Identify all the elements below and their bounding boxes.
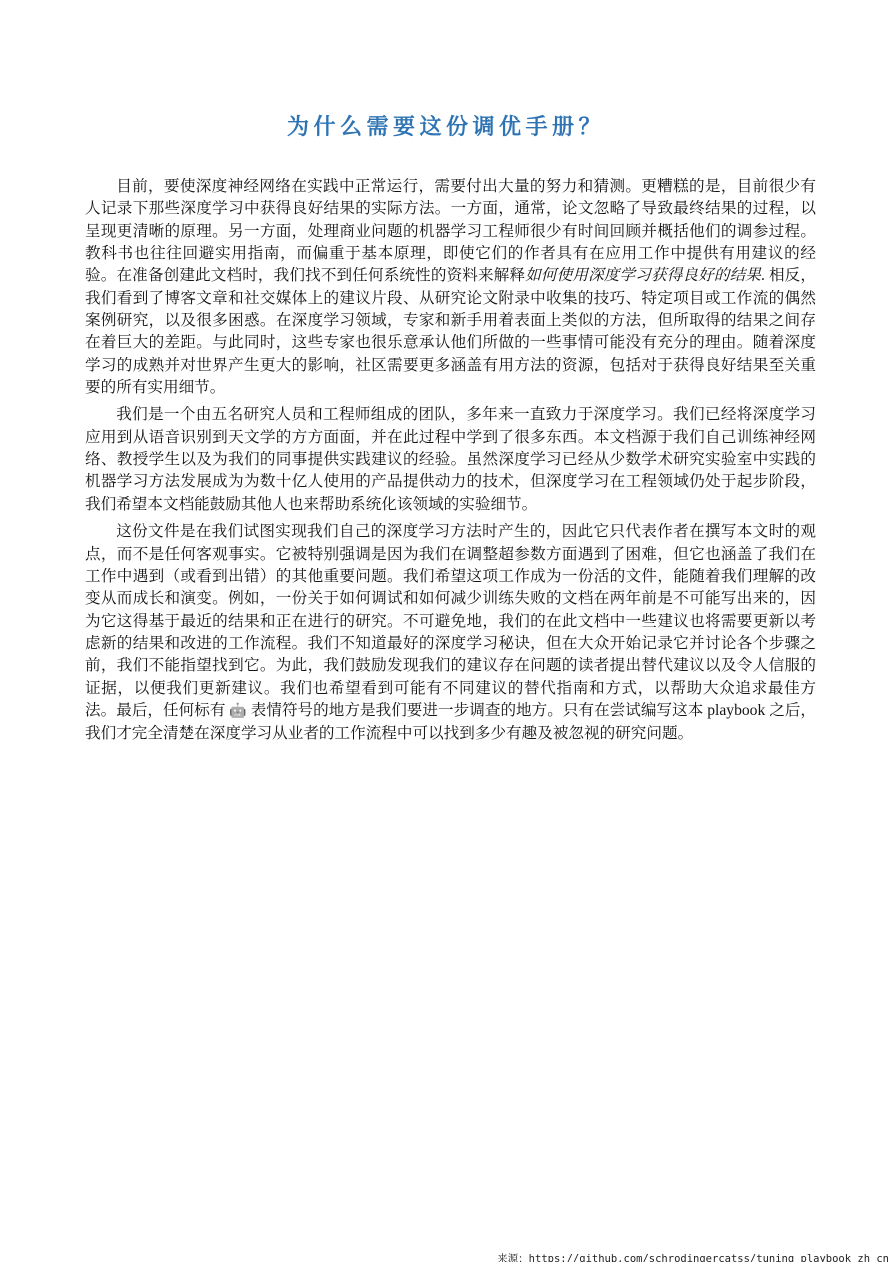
paragraph-3-text: 这份文件是在我们试图实现我们自己的深度学习方法时产生的，因此它只代表作者在撰写本… — [85, 523, 816, 719]
page-title: 为什么需要这份调优手册？ — [0, 110, 892, 141]
paragraph-3: 这份文件是在我们试图实现我们自己的深度学习方法时产生的，因此它只代表作者在撰写本… — [85, 521, 816, 745]
paragraph-2-text: 我们是一个由五名研究人员和工程师组成的团队，多年来一直致力于深度学习。我们已经将… — [85, 406, 816, 512]
paragraph-1-italic-phrase: 如何使用深度学习获得良好的结果 — [525, 267, 761, 284]
source-footer-url: https://github.com/schrodingercatss/tuni… — [529, 1253, 889, 1262]
paragraph-2: 我们是一个由五名研究人员和工程师组成的团队，多年来一直致力于深度学习。我们已经将… — [85, 404, 816, 516]
source-footer-label: 来源： — [497, 1253, 529, 1262]
robot-emoji-icon: 🤖 — [229, 704, 246, 719]
document-body: 目前，要使深度神经网络在实践中正常运行，需要付出大量的努力和猜测。更糟糕的是，目… — [85, 176, 816, 751]
document-page: 为什么需要这份调优手册？ 目前，要使深度神经网络在实践中正常运行，需要付出大量的… — [0, 0, 892, 1262]
paragraph-1-text-continued: . 相反，我们看到了博客文章和社交媒体上的建议片段、从研究论文附录中收集的技巧、… — [85, 267, 816, 396]
paragraph-1: 目前，要使深度神经网络在实践中正常运行，需要付出大量的努力和猜测。更糟糕的是，目… — [85, 176, 816, 399]
source-footer: 来源：https://github.com/schrodingercatss/t… — [497, 1251, 889, 1262]
